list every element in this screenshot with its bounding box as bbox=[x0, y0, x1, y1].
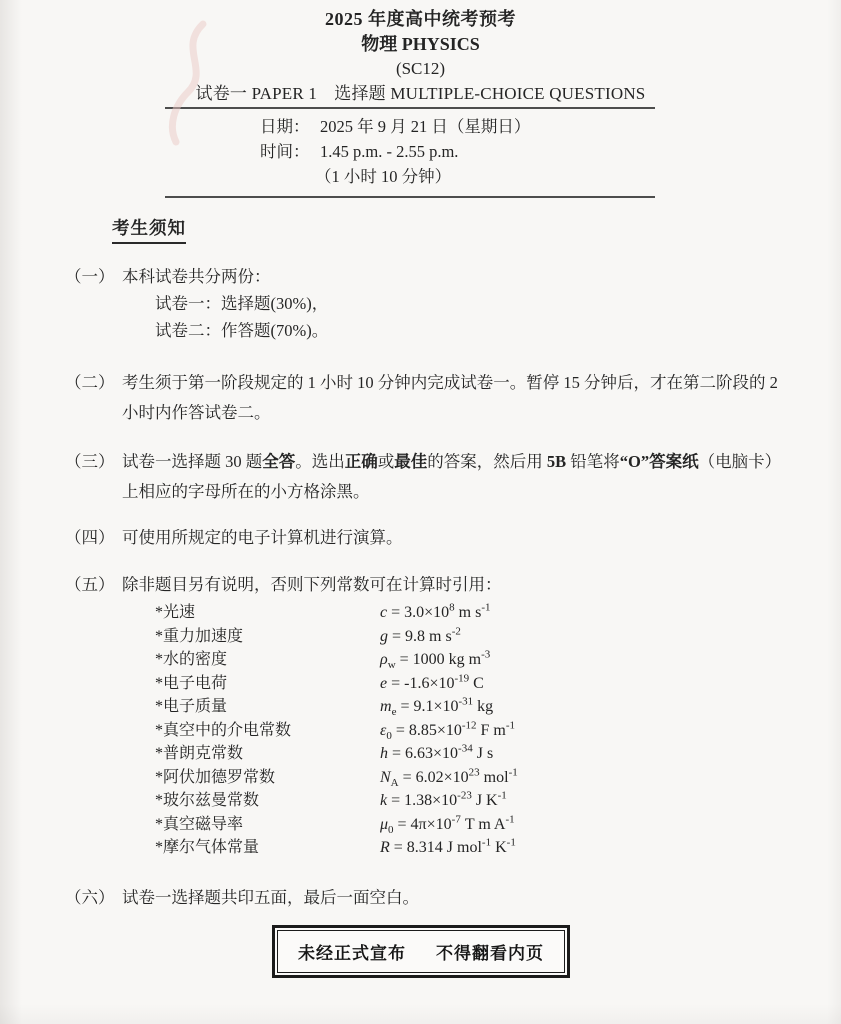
constant-row: *真空中的介电常数 ε0 = 8.85×10-12 F m-1 bbox=[122, 719, 782, 743]
constant-row: *玻尔兹曼常数 k = 1.38×10-23 J K-1 bbox=[122, 789, 782, 813]
constant-row: *普朗克常数 h = 6.63×10-34 J s bbox=[122, 742, 782, 766]
warning-box-inner: 未经正式宣布 不得翻看内页 bbox=[277, 930, 565, 973]
item-4-text: 可使用所规定的电子计算机进行演算。 bbox=[122, 524, 782, 552]
constant-label: *普朗克常数 bbox=[155, 742, 380, 766]
constant-label: *真空磁导率 bbox=[155, 813, 380, 837]
exam-schedule-block: 日期： 2025 年 9 月 21 日（星期日） 时间： 1.45 p.m. -… bbox=[165, 107, 655, 198]
warning-text-left: 未经正式宣布 bbox=[298, 939, 406, 964]
exam-header: 2025 年度高中统考预考 物理 PHYSICS (SC12) 试卷一 PAPE… bbox=[0, 0, 841, 198]
notice-item-5: （五） 除非题目另有说明，否则下列常数可在计算时引用： *光速 c = 3.0×… bbox=[65, 571, 841, 860]
time-value: 1.45 p.m. - 2.55 p.m. bbox=[320, 139, 458, 164]
constant-row: *光速 c = 3.0×108 m s-1 bbox=[122, 601, 782, 625]
constant-label: *阿伏加德罗常数 bbox=[155, 766, 380, 790]
constant-row: *电子电荷 e = -1.6×10-19 C bbox=[122, 672, 782, 696]
constant-value: h = 6.63×10-34 J s bbox=[380, 742, 493, 766]
notice-item-1: （一） 本科试卷共分两份： 试卷一：选择题(30%)， 试卷二：作答题(70%)… bbox=[65, 263, 841, 344]
item-6-text: 试卷一选择题共印五面，最后一面空白。 bbox=[122, 884, 782, 912]
item-4-number: （四） bbox=[65, 524, 122, 552]
constant-label: *玻尔兹曼常数 bbox=[155, 789, 380, 813]
duration-value: （1 小时 10 分钟） bbox=[315, 164, 451, 189]
notice-item-6: （六） 试卷一选择题共印五面，最后一面空白。 bbox=[65, 884, 841, 912]
constant-value: μ0 = 4π×10-7 T m A-1 bbox=[380, 813, 515, 837]
constant-label: *电子电荷 bbox=[155, 672, 380, 696]
constant-value: c = 3.0×108 m s-1 bbox=[380, 601, 491, 625]
item-1-text: 本科试卷共分两份： bbox=[122, 263, 782, 290]
exam-title: 2025 年度高中统考预考 bbox=[0, 8, 841, 30]
constant-label: *电子质量 bbox=[155, 695, 380, 719]
item-1-sub-2: 试卷二：作答题(70%)。 bbox=[155, 317, 782, 344]
warning-text-right: 不得翻看内页 bbox=[436, 939, 544, 964]
subject-title: 物理 PHYSICS bbox=[0, 33, 841, 55]
item-1-body: 本科试卷共分两份： 试卷一：选择题(30%)， 试卷二：作答题(70%)。 bbox=[122, 263, 782, 344]
item-1-number: （一） bbox=[65, 263, 122, 344]
constant-value: ρw = 1000 kg m-3 bbox=[380, 648, 490, 672]
constant-label: *水的密度 bbox=[155, 648, 380, 672]
time-label: 时间： bbox=[260, 139, 320, 164]
constant-label: *重力加速度 bbox=[155, 625, 380, 649]
constant-row: *重力加速度 g = 9.8 m s-2 bbox=[122, 625, 782, 649]
item-5-number: （五） bbox=[65, 571, 122, 860]
notice-item-4: （四） 可使用所规定的电子计算机进行演算。 bbox=[65, 524, 841, 552]
item-1-sub-1: 试卷一：选择题(30%)， bbox=[155, 290, 782, 317]
constant-value: k = 1.38×10-23 J K-1 bbox=[380, 789, 507, 813]
constant-value: me = 9.1×10-31 kg bbox=[380, 695, 493, 719]
constant-value: R = 8.314 J mol-1 K-1 bbox=[380, 836, 516, 860]
constant-value: ε0 = 8.85×10-12 F m-1 bbox=[380, 719, 515, 743]
paper-heading: 试卷一 PAPER 1 选择题 MULTIPLE-CHOICE QUESTION… bbox=[0, 83, 841, 105]
warning-box: 未经正式宣布 不得翻看内页 bbox=[272, 925, 570, 978]
constant-row: *摩尔气体常量 R = 8.314 J mol-1 K-1 bbox=[122, 836, 782, 860]
notice-section: 考生须知 bbox=[112, 215, 841, 244]
date-row: 日期： 2025 年 9 月 21 日（星期日） bbox=[165, 114, 655, 139]
date-label: 日期： bbox=[260, 114, 320, 139]
constants-table: *光速 c = 3.0×108 m s-1 *重力加速度 g = 9.8 m s… bbox=[122, 601, 782, 860]
constant-value: g = 9.8 m s-2 bbox=[380, 625, 461, 649]
duration-row: （1 小时 10 分钟） bbox=[165, 164, 655, 189]
item-3-number: （三） bbox=[65, 447, 122, 507]
item-2-number: （二） bbox=[65, 368, 122, 428]
item-6-number: （六） bbox=[65, 884, 122, 912]
item-2-text: 考生须于第一阶段规定的 1 小时 10 分钟内完成试卷一。暂停 15 分钟后，才… bbox=[122, 368, 782, 428]
date-value: 2025 年 9 月 21 日（星期日） bbox=[320, 114, 530, 139]
constant-row: *阿伏加德罗常数 NA = 6.02×1023 mol-1 bbox=[122, 766, 782, 790]
notice-heading: 考生须知 bbox=[112, 215, 186, 244]
constant-value: NA = 6.02×1023 mol-1 bbox=[380, 766, 518, 790]
notice-item-3: （三） 试卷一选择题 30 题全答。选出正确或最佳的答案，然后用 5B 铅笔将“… bbox=[65, 447, 841, 507]
constant-label: *真空中的介电常数 bbox=[155, 719, 380, 743]
paper-code: (SC12) bbox=[0, 58, 841, 80]
constant-label: *光速 bbox=[155, 601, 380, 625]
time-row: 时间： 1.45 p.m. - 2.55 p.m. bbox=[165, 139, 655, 164]
constant-row: *水的密度 ρw = 1000 kg m-3 bbox=[122, 648, 782, 672]
constant-label: *摩尔气体常量 bbox=[155, 836, 380, 860]
item-5-body: 除非题目另有说明，否则下列常数可在计算时引用： *光速 c = 3.0×108 … bbox=[122, 571, 782, 860]
notice-item-2: （二） 考生须于第一阶段规定的 1 小时 10 分钟内完成试卷一。暂停 15 分… bbox=[65, 368, 841, 428]
constant-row: *电子质量 me = 9.1×10-31 kg bbox=[122, 695, 782, 719]
exam-cover-page: 2025 年度高中统考预考 物理 PHYSICS (SC12) 试卷一 PAPE… bbox=[0, 0, 841, 1024]
constant-value: e = -1.6×10-19 C bbox=[380, 672, 484, 696]
item-3-text: 试卷一选择题 30 题全答。选出正确或最佳的答案，然后用 5B 铅笔将“O”答案… bbox=[122, 447, 782, 507]
item-5-text: 除非题目另有说明，否则下列常数可在计算时引用： bbox=[122, 571, 782, 599]
constant-row: *真空磁导率 μ0 = 4π×10-7 T m A-1 bbox=[122, 813, 782, 837]
